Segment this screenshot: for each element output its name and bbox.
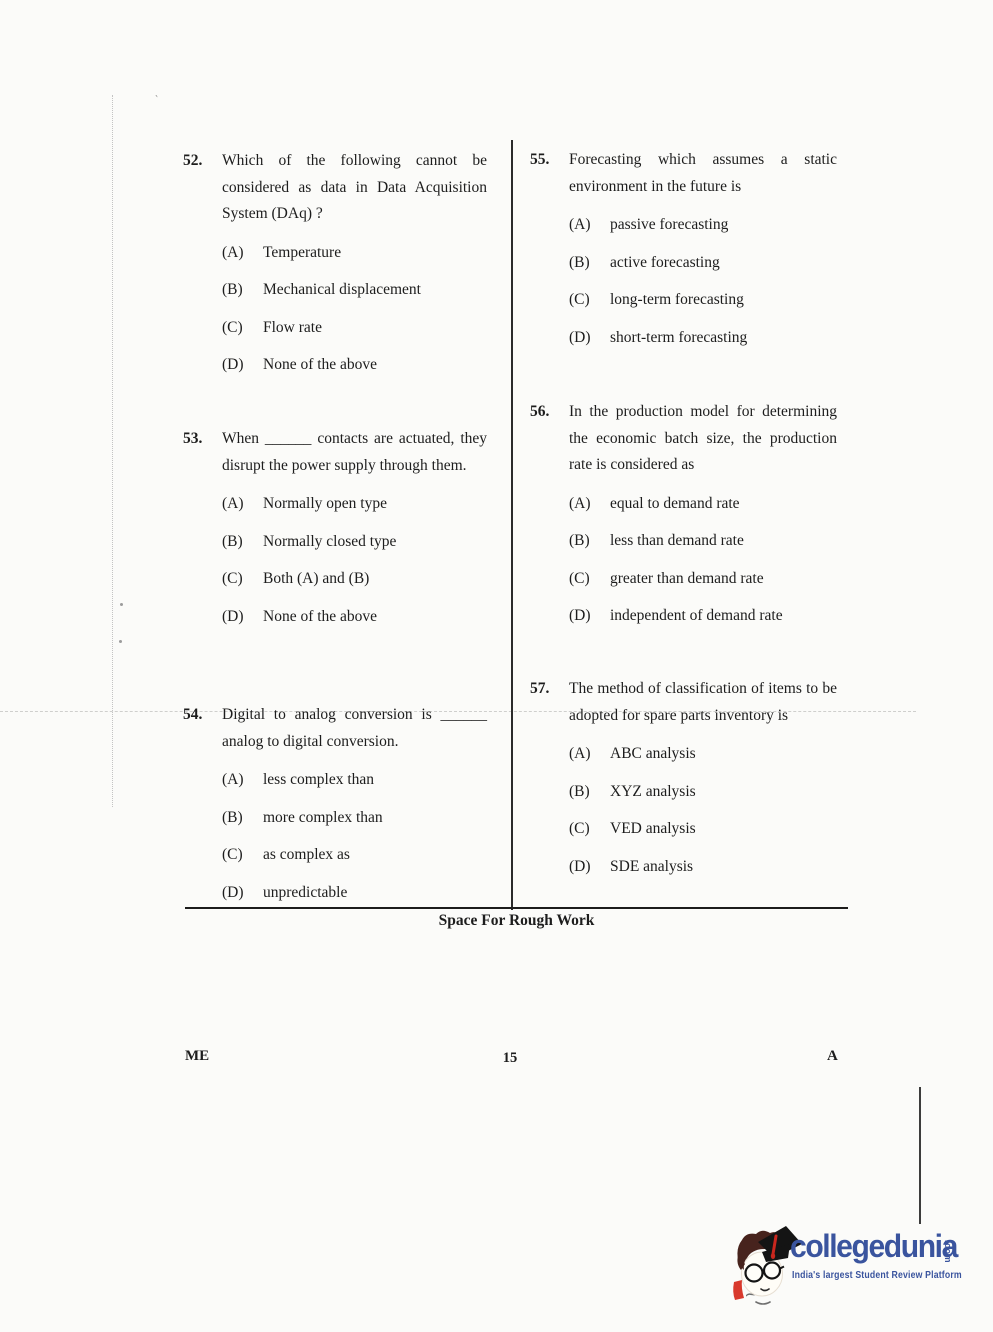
option-text: equal to demand rate <box>610 491 837 518</box>
option-label: (D) <box>569 854 610 881</box>
option-label: (B) <box>222 277 263 304</box>
option-text: Mechanical displacement <box>263 277 487 304</box>
question-52: 52. Which of the following cannot be con… <box>183 148 487 390</box>
question-56: 56. In the production model for determin… <box>530 399 837 641</box>
option-row: (A) equal to demand rate <box>569 491 837 518</box>
option-text: short-term forecasting <box>610 325 837 352</box>
brand-text: collegedunia <box>790 1228 957 1265</box>
option-row: (C) as complex as <box>222 842 487 869</box>
option-text: unpredictable <box>263 880 487 907</box>
column-divider <box>511 140 513 910</box>
option-text: None of the above <box>263 352 487 379</box>
option-text: XYZ analysis <box>610 779 837 806</box>
question-53: 53. When ______ contacts are actuated, t… <box>183 426 487 641</box>
option-label: (C) <box>222 566 263 593</box>
collegedunia-logo: collegedunia .com India's largest Studen… <box>726 1222 992 1314</box>
scan-edge-line <box>919 1087 921 1224</box>
scan-speck: ` <box>153 94 159 107</box>
option-label: (A) <box>569 491 610 518</box>
question-text: When ______ contacts are actuated, they … <box>222 426 487 479</box>
option-row: (C) Flow rate <box>222 315 487 342</box>
question-number: 53. <box>183 426 222 641</box>
question-text: In the production model for determining … <box>569 399 837 479</box>
option-row: (D) None of the above <box>222 352 487 379</box>
option-label: (C) <box>569 287 610 314</box>
rough-work-label: Space For Rough Work <box>185 912 848 930</box>
footer-paper-code: ME <box>185 1048 209 1065</box>
option-label: (A) <box>222 240 263 267</box>
scan-fold-line <box>112 95 113 807</box>
option-text: greater than demand rate <box>610 566 837 593</box>
option-label: (C) <box>222 842 263 869</box>
option-row: (D) independent of demand rate <box>569 603 837 630</box>
option-row: (D) short-term forecasting <box>569 325 837 352</box>
option-row: (B) active forecasting <box>569 250 837 277</box>
option-row: (C) long-term forecasting <box>569 287 837 314</box>
option-row: (A) Normally open type <box>222 491 487 518</box>
question-54: 54. Digital to analog conversion is ____… <box>183 702 487 917</box>
option-label: (D) <box>222 604 263 631</box>
option-row: (B) more complex than <box>222 805 487 832</box>
option-label: (A) <box>222 767 263 794</box>
question-number: 56. <box>530 399 569 641</box>
option-text: independent of demand rate <box>610 603 837 630</box>
option-row: (A) passive forecasting <box>569 212 837 239</box>
exam-paper-page: ` ~ 52. Which of the following cannot be… <box>0 0 993 1332</box>
question-number: 57. <box>530 676 569 891</box>
option-label: (C) <box>222 315 263 342</box>
option-text: Normally open type <box>263 491 487 518</box>
option-label: (D) <box>222 352 263 379</box>
brand-tagline: India's largest Student Review Platform <box>792 1269 962 1281</box>
option-row: (C) VED analysis <box>569 816 837 843</box>
option-text: None of the above <box>263 604 487 631</box>
question-text: Forecasting which assumes a static envir… <box>569 147 837 200</box>
option-text: SDE analysis <box>610 854 837 881</box>
option-label: (A) <box>222 491 263 518</box>
option-text: Both (A) and (B) <box>263 566 487 593</box>
option-text: Flow rate <box>263 315 487 342</box>
option-row: (D) SDE analysis <box>569 854 837 881</box>
scan-dot <box>119 640 122 643</box>
option-text: long-term forecasting <box>610 287 837 314</box>
option-label: (C) <box>569 816 610 843</box>
option-row: (D) None of the above <box>222 604 487 631</box>
question-number: 52. <box>183 148 222 390</box>
option-text: active forecasting <box>610 250 837 277</box>
option-text: VED analysis <box>610 816 837 843</box>
option-label: (B) <box>569 528 610 555</box>
option-text: as complex as <box>263 842 487 869</box>
option-label: (D) <box>222 880 263 907</box>
option-label: (B) <box>569 250 610 277</box>
question-text: Digital to analog conversion is ______ a… <box>222 702 487 755</box>
option-row: (B) Normally closed type <box>222 529 487 556</box>
question-57: 57. The method of classification of item… <box>530 676 837 891</box>
option-label: (D) <box>569 603 610 630</box>
option-row: (B) XYZ analysis <box>569 779 837 806</box>
option-label: (B) <box>569 779 610 806</box>
brand-suffix-text: .com <box>943 1240 953 1263</box>
footer-set-code: A <box>827 1048 838 1065</box>
question-number: 55. <box>530 147 569 362</box>
option-text: less than demand rate <box>610 528 837 555</box>
question-text: The method of classification of items to… <box>569 676 837 729</box>
option-row: (D) unpredictable <box>222 880 487 907</box>
option-row: (A) ABC analysis <box>569 741 837 768</box>
option-label: (B) <box>222 805 263 832</box>
option-text: passive forecasting <box>610 212 837 239</box>
option-label: (B) <box>222 529 263 556</box>
question-number: 54. <box>183 702 222 917</box>
option-row: (A) less complex than <box>222 767 487 794</box>
question-55: 55. Forecasting which assumes a static e… <box>530 147 837 362</box>
option-label: (A) <box>569 212 610 239</box>
option-text: less complex than <box>263 767 487 794</box>
option-label: (D) <box>569 325 610 352</box>
scan-dot <box>120 603 123 606</box>
option-row: (A) Temperature <box>222 240 487 267</box>
option-row: (C) Both (A) and (B) <box>222 566 487 593</box>
footer-page-number: 15 <box>488 1050 532 1067</box>
option-row: (B) less than demand rate <box>569 528 837 555</box>
question-text: Which of the following cannot be conside… <box>222 148 487 228</box>
option-text: Temperature <box>263 240 487 267</box>
option-row: (C) greater than demand rate <box>569 566 837 593</box>
option-text: ABC analysis <box>610 741 837 768</box>
option-label: (A) <box>569 741 610 768</box>
rough-work-rule <box>185 907 848 909</box>
option-row: (B) Mechanical displacement <box>222 277 487 304</box>
option-text: more complex than <box>263 805 487 832</box>
option-text: Normally closed type <box>263 529 487 556</box>
option-label: (C) <box>569 566 610 593</box>
